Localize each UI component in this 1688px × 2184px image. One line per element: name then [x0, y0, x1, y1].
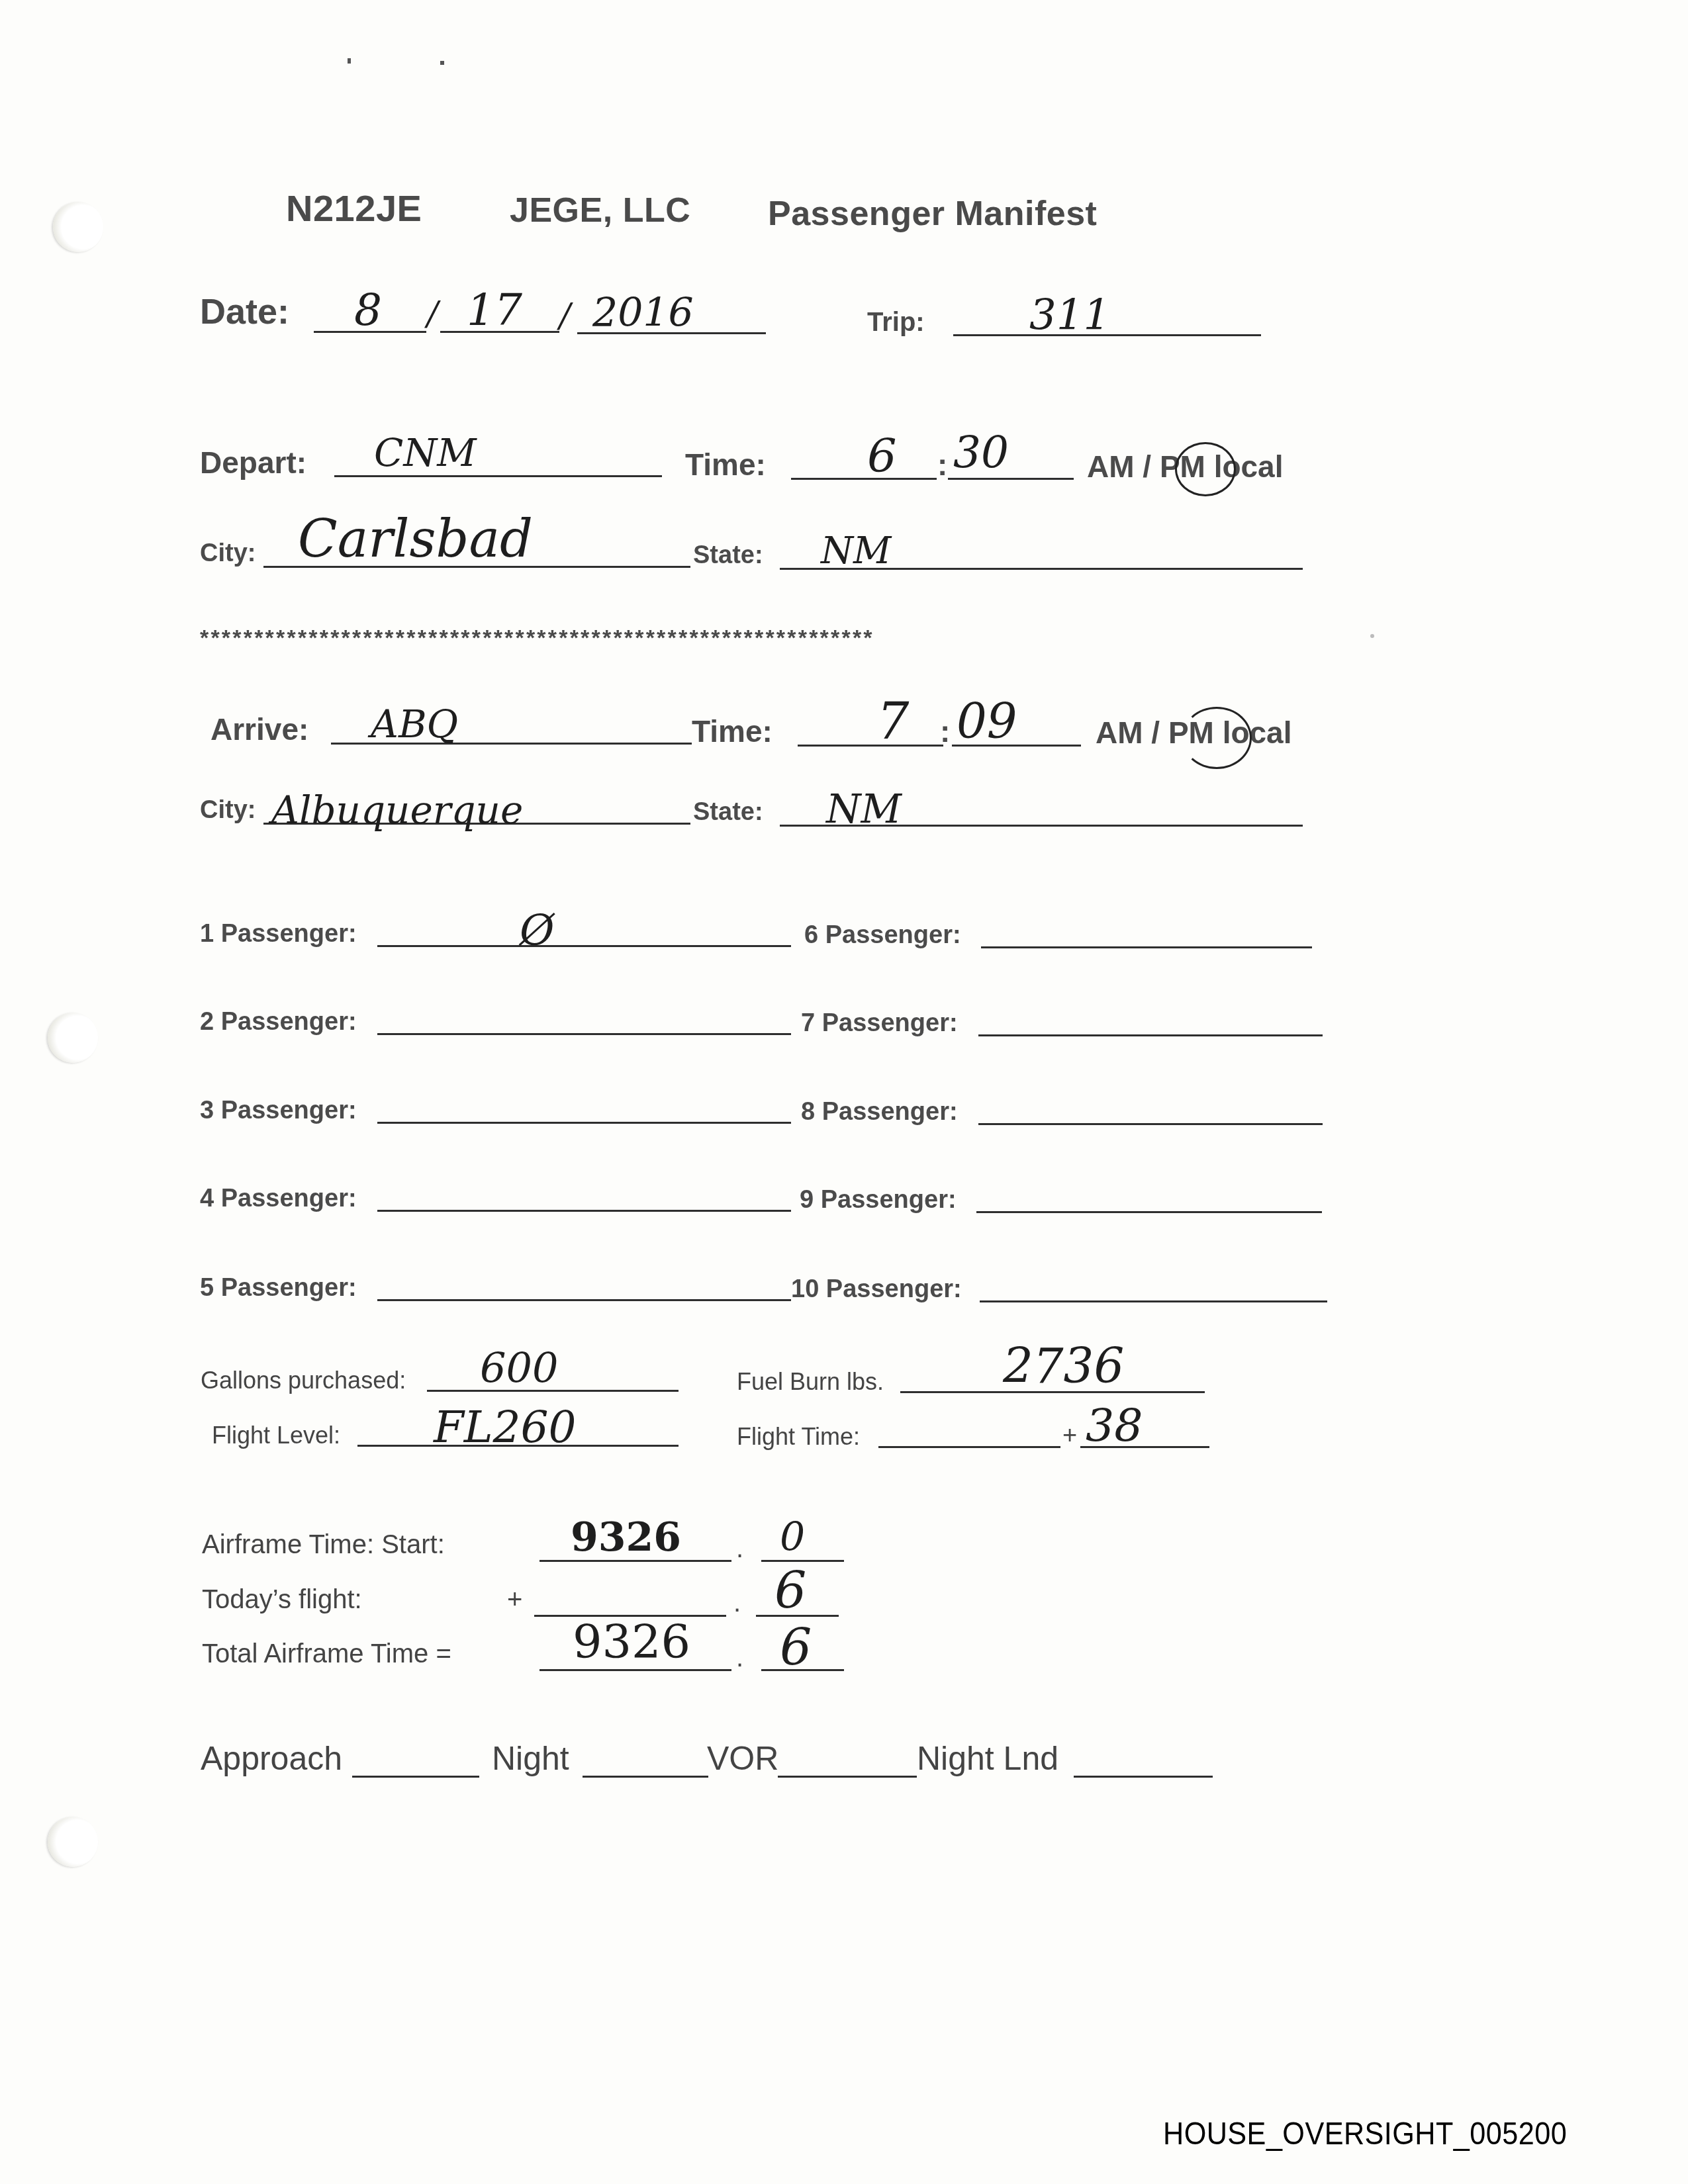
depart-time-label: Time:: [685, 447, 766, 482]
night-lnd-field[interactable]: [1074, 1776, 1213, 1778]
form-title: Passenger Manifest: [768, 194, 1097, 234]
depart-minute-value: 30: [953, 427, 1009, 478]
total-airframe-whole-value: 9326: [573, 1615, 690, 1669]
section-separator: ****************************************…: [200, 625, 874, 651]
depart-time-colon: :: [937, 447, 947, 482]
company-name: JEGE, LLC: [510, 191, 690, 230]
trip-label: Trip:: [867, 308, 925, 338]
passenger-9-field[interactable]: [976, 1211, 1322, 1213]
scan-speck: [348, 58, 351, 64]
airframe-start-tenths-value: 0: [780, 1514, 805, 1561]
stray-dot: [1370, 634, 1374, 638]
passenger-4-field[interactable]: [377, 1210, 791, 1212]
depart-city-label: City:: [200, 539, 256, 568]
arrive-hour-field[interactable]: [798, 745, 943, 747]
passenger-7-label: 7 Passenger:: [801, 1009, 958, 1038]
depart-state-value: NM: [821, 529, 891, 572]
todays-flight-plus: +: [507, 1585, 522, 1615]
approach-field[interactable]: [352, 1776, 479, 1778]
date-month-value: 8: [354, 285, 382, 336]
arrive-time-colon: :: [940, 713, 950, 749]
passenger-1-label: 1 Passenger:: [200, 920, 357, 948]
total-airframe-tenths-value: 6: [780, 1617, 812, 1676]
gallons-purchased-label: Gallons purchased:: [201, 1367, 406, 1394]
binder-hole-top: [53, 202, 103, 252]
passenger-10-field[interactable]: [980, 1300, 1327, 1302]
tail-number: N212JE: [286, 187, 422, 230]
arrive-state-label: State:: [693, 798, 763, 827]
passenger-2-label: 2 Passenger:: [200, 1008, 357, 1036]
arrive-label: Arrive:: [211, 711, 308, 747]
vor-label: VOR: [707, 1739, 778, 1778]
todays-flight-decimal: .: [733, 1588, 741, 1618]
passenger-3-field[interactable]: [377, 1122, 791, 1124]
airframe-start-label: Airframe Time: Start:: [202, 1530, 445, 1560]
date-year-value: 2016: [592, 290, 694, 336]
flight-level-value: FL260: [434, 1402, 577, 1453]
night-lnd-label: Night Lnd: [917, 1739, 1058, 1778]
arrive-pm-selected-circle[interactable]: [1182, 707, 1252, 769]
trip-value: 311: [1029, 291, 1110, 340]
passenger-6-label: 6 Passenger:: [804, 921, 961, 950]
arrive-value: ABQ: [371, 702, 458, 747]
date-day-value: 17: [467, 285, 522, 336]
passenger-8-label: 8 Passenger:: [801, 1098, 958, 1126]
arrive-city-label: City:: [200, 796, 256, 825]
passenger-3-label: 3 Passenger:: [200, 1097, 357, 1125]
airframe-start-whole-value: 9326: [571, 1514, 681, 1561]
depart-state-label: State:: [693, 541, 763, 570]
depart-field[interactable]: [334, 475, 662, 477]
depart-city-value: Carlsbad: [298, 510, 533, 569]
arrive-time-label: Time:: [692, 713, 773, 749]
gallons-purchased-value: 600: [480, 1343, 558, 1392]
total-airframe-decimal: .: [736, 1643, 743, 1673]
flight-time-hours-field[interactable]: [878, 1446, 1060, 1448]
bates-number: HOUSE_OVERSIGHT_005200: [1163, 2116, 1567, 2152]
total-airframe-label: Total Airframe Time =: [202, 1639, 451, 1669]
night-field[interactable]: [583, 1776, 708, 1778]
arrive-state-value: NM: [826, 786, 902, 833]
passenger-4-label: 4 Passenger:: [200, 1185, 357, 1213]
depart-label: Depart:: [200, 445, 306, 480]
passenger-1-field[interactable]: [377, 945, 791, 947]
depart-hour-value: 6: [867, 429, 897, 483]
night-label: Night: [492, 1739, 569, 1778]
passenger-7-field[interactable]: [978, 1034, 1323, 1036]
arrive-minute-value: 09: [957, 694, 1017, 749]
binder-hole-middle: [48, 1013, 98, 1063]
scan-speck: [440, 61, 444, 65]
todays-flight-label: Today’s flight:: [202, 1585, 362, 1615]
date-sep-2: /: [559, 296, 571, 335]
passenger-10-label: 10 Passenger:: [791, 1275, 962, 1304]
depart-hour-field[interactable]: [791, 478, 937, 480]
flight-time-label: Flight Time:: [737, 1423, 860, 1451]
fuel-burn-label: Fuel Burn lbs.: [737, 1368, 884, 1396]
fuel-burn-value: 2736: [1003, 1338, 1124, 1394]
passenger-5-label: 5 Passenger:: [200, 1274, 357, 1302]
passenger-2-field[interactable]: [377, 1033, 791, 1035]
arrive-hour-value: 7: [877, 692, 909, 751]
date-sep-1: /: [427, 295, 438, 333]
binder-hole-bottom: [48, 1817, 98, 1867]
depart-pm-selected-circle[interactable]: [1175, 442, 1236, 496]
total-airframe-whole-field[interactable]: [539, 1669, 731, 1671]
todays-flight-tenths-value: 6: [774, 1561, 806, 1619]
vor-field[interactable]: [778, 1776, 917, 1778]
flight-level-label: Flight Level:: [212, 1422, 340, 1449]
date-label: Date:: [200, 291, 289, 332]
passenger-1-value: Ø: [520, 907, 554, 956]
flight-time-plus: +: [1062, 1422, 1077, 1450]
flight-time-value: 38: [1086, 1400, 1143, 1452]
passenger-5-field[interactable]: [377, 1299, 791, 1301]
passenger-6-field[interactable]: [981, 946, 1312, 948]
approach-label: Approach: [201, 1739, 342, 1778]
airframe-start-decimal: .: [736, 1534, 743, 1564]
depart-value: CNM: [374, 430, 477, 475]
arrive-city-value: Albuquerque: [271, 788, 523, 833]
passenger-9-label: 9 Passenger:: [800, 1186, 957, 1214]
passenger-8-field[interactable]: [978, 1123, 1323, 1125]
depart-minute-field[interactable]: [948, 478, 1074, 480]
